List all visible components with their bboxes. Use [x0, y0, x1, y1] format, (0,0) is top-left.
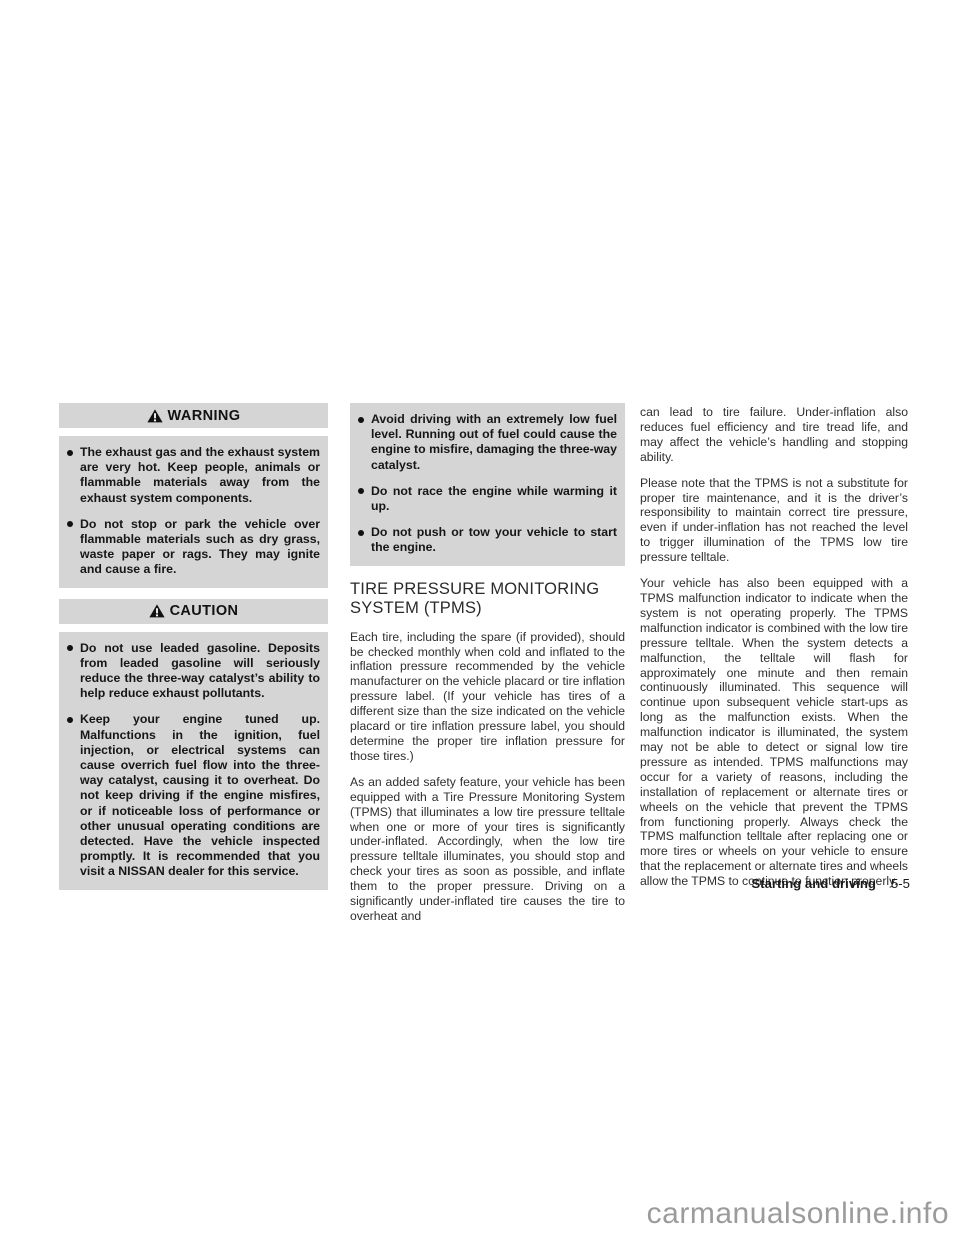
warning-item: Do not stop or park the vehicle over fla… [67, 517, 320, 578]
body-paragraph: Your vehicle has also been equipped with… [640, 576, 908, 889]
bullet-icon [67, 450, 73, 456]
left-column: WARNING The exhaust gas and the exhaust … [59, 403, 328, 890]
middle-column: Avoid driving with an extremely low fuel… [350, 403, 625, 935]
caution-items-box-left: Do not use leaded gasoline. Deposits fro… [59, 632, 328, 890]
bullet-icon [67, 717, 73, 723]
caution-items-box-middle: Avoid driving with an extremely low fuel… [350, 403, 625, 566]
warning-item: The exhaust gas and the exhaust system a… [67, 445, 320, 506]
body-paragraph: can lead to tire failure. Under-inflatio… [640, 405, 908, 465]
caution-item-text: Do not race the engine while warming it … [371, 484, 617, 514]
footer-page-number: 5-5 [891, 876, 910, 891]
tpms-paragraph: Each tire, including the spare (if provi… [350, 630, 625, 764]
warning-items-box: The exhaust gas and the exhaust system a… [59, 436, 328, 588]
watermark-text: carmanualsonline.info [647, 1197, 949, 1231]
bullet-icon [67, 521, 73, 527]
warning-triangle-icon [147, 409, 163, 423]
caution-title: CAUTION [170, 603, 239, 619]
warning-item-text: The exhaust gas and the exhaust system a… [80, 445, 320, 506]
bullet-icon [67, 645, 73, 651]
caution-item: Keep your engine tuned up. Malfunctions … [67, 712, 320, 879]
warning-item-text: Do not stop or park the vehicle over fla… [80, 517, 320, 578]
caution-header: CAUTION [59, 599, 328, 624]
caution-item: Do not use leaded gasoline. Deposits fro… [67, 641, 320, 702]
caution-item: Do not push or tow your vehicle to start… [358, 525, 617, 555]
caution-item-text: Keep your engine tuned up. Malfunctions … [80, 712, 320, 879]
caution-item: Do not race the engine while warming it … [358, 484, 617, 514]
caution-item-text: Do not push or tow your vehicle to start… [371, 525, 617, 555]
caution-item-text: Do not use leaded gasoline. Deposits fro… [80, 641, 320, 702]
footer-section-title: Starting and driving [751, 876, 876, 891]
warning-header: WARNING [59, 403, 328, 428]
body-paragraph: Please note that the TPMS is not a subst… [640, 476, 908, 565]
bullet-icon [358, 488, 364, 494]
bullet-icon [358, 417, 364, 423]
caution-item: Avoid driving with an extremely low fuel… [358, 412, 617, 473]
right-column: can lead to tire failure. Under-inflatio… [640, 403, 908, 900]
caution-item-text: Avoid driving with an extremely low fuel… [371, 412, 617, 473]
warning-title: WARNING [168, 408, 241, 424]
caution-triangle-icon [149, 604, 165, 618]
bullet-icon [358, 530, 364, 536]
page-footer: Starting and driving5-5 [640, 876, 910, 891]
tpms-section-heading: TIRE PRESSURE MONITORING SYSTEM (TPMS) [350, 580, 625, 619]
manual-page: WARNING The exhaust gas and the exhaust … [0, 0, 960, 1242]
tpms-paragraph: As an added safety feature, your vehicle… [350, 775, 625, 924]
